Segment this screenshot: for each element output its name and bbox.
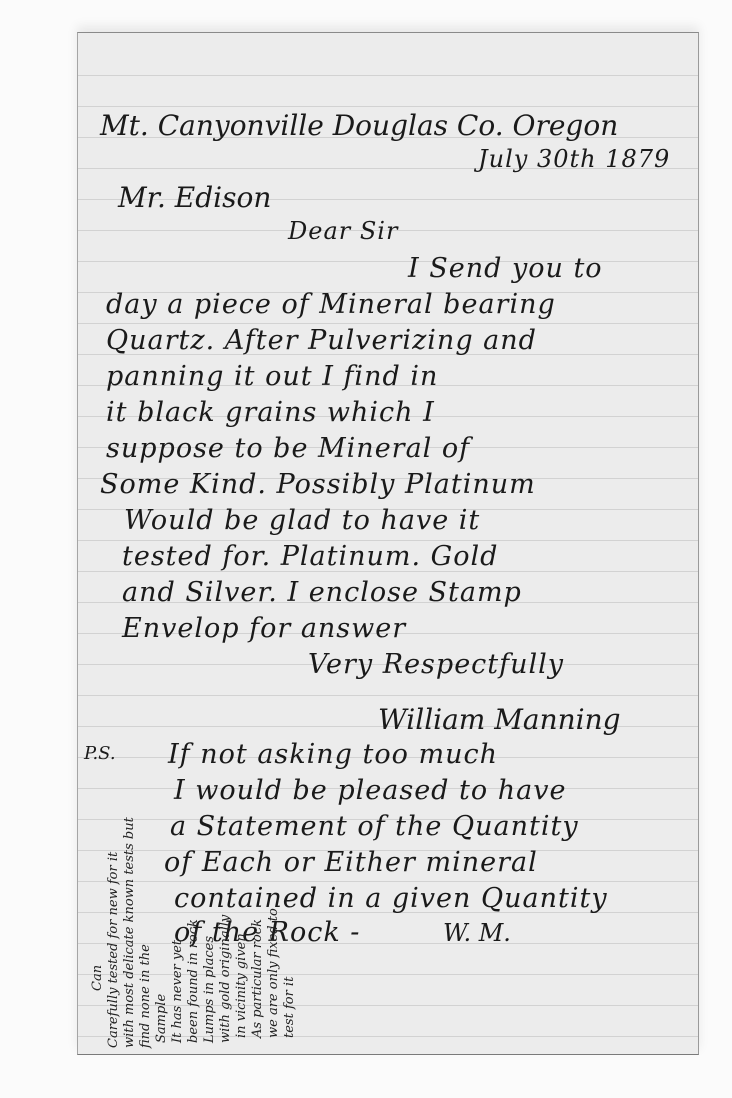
margin-note-line: been found in rock: [186, 919, 201, 1043]
letter-greeting: Dear Sir: [288, 217, 398, 245]
margin-note-line: with gold originally: [218, 915, 233, 1043]
body-line: and Silver. I enclose Stamp: [122, 577, 522, 608]
body-line: it black grains which I: [106, 397, 435, 428]
body-line: tested for. Platinum. Gold: [122, 541, 498, 572]
postscript-line: contained in a given Quantity: [174, 883, 608, 914]
margin-note-line: Can: [90, 965, 105, 991]
letter-date: July 30th 1879: [478, 145, 670, 173]
body-line: panning it out I find in: [106, 361, 438, 392]
body-line: day a piece of Mineral bearing: [106, 289, 556, 320]
margin-note-line: Carefully tested for new for it: [106, 852, 121, 1048]
body-line: Envelop for answer: [122, 613, 406, 644]
margin-note-line: test for it: [282, 977, 297, 1038]
body-line: I Send you to: [408, 253, 603, 284]
postscript-line: If not asking too much: [168, 739, 498, 770]
body-line: suppose to be Mineral of: [106, 433, 470, 464]
margin-note-line: find none in the: [138, 944, 153, 1048]
margin-note-line: with most delicate known tests but: [122, 817, 137, 1048]
margin-note-line: in vicinity given: [234, 933, 249, 1038]
letter-place: Mt. Canyonville Douglas Co. Oregon: [100, 109, 618, 142]
margin-note-line: Sample: [154, 994, 169, 1043]
letter-signature: William Manning: [378, 703, 621, 736]
postscript-initials: W. M.: [443, 919, 511, 947]
letter-closing: Very Respectfully: [308, 649, 564, 680]
body-line: Would be glad to have it: [124, 505, 480, 536]
postscript-line: a Statement of the Quantity: [170, 811, 579, 842]
margin-note-line: It has never yet: [170, 940, 185, 1043]
margin-note-line: we are only fixed to: [266, 908, 281, 1038]
body-line: Some Kind. Possibly Platinum: [100, 469, 536, 500]
letter-addressee: Mr. Edison: [118, 181, 271, 214]
margin-note-line: As particular rock: [250, 919, 265, 1038]
body-line: Quartz. After Pulverizing and: [106, 325, 537, 356]
letter-paper: Mt. Canyonville Douglas Co. Oregon July …: [77, 32, 699, 1055]
postscript-line: I would be pleased to have: [174, 775, 566, 806]
margin-note-line: Lumps in places: [202, 936, 217, 1043]
postscript-line: of Each or Either mineral: [164, 847, 538, 878]
postscript-label: P.S.: [84, 743, 116, 764]
